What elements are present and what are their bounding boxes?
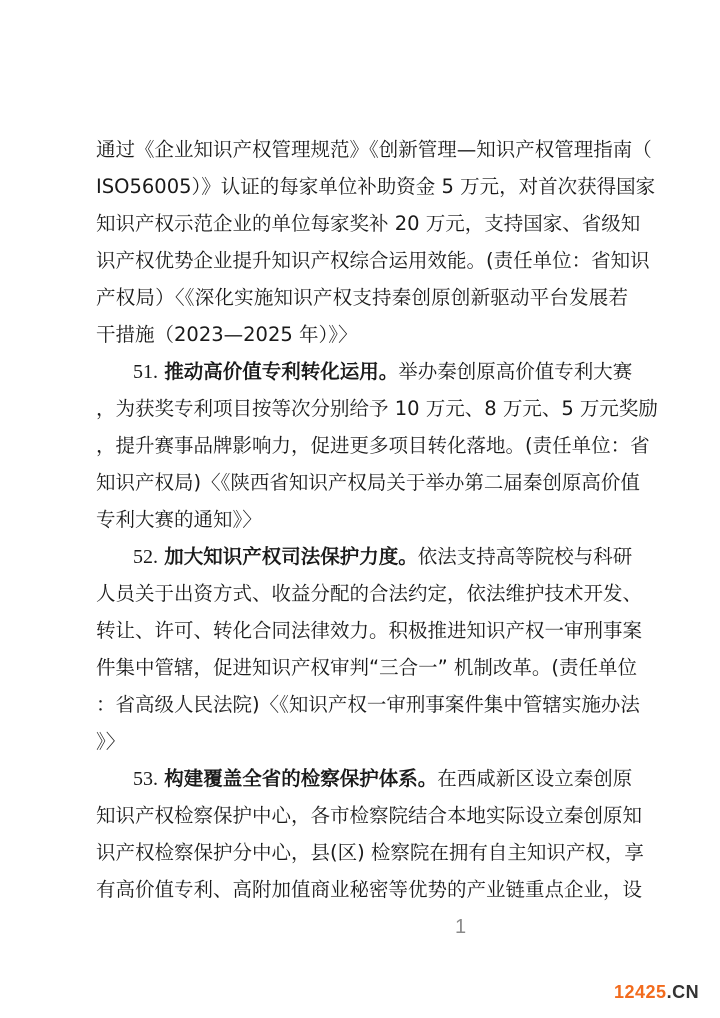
item-number: 53. xyxy=(133,768,158,790)
paragraph-item-52: 52. 加大知识产权司法保护力度。依法支持高等院校与科研 人员关于出资方式、收益… xyxy=(96,538,628,760)
item-number: 52. xyxy=(133,546,158,568)
paragraph-first-line: 52. 加大知识产权司法保护力度。依法支持高等院校与科研 xyxy=(96,538,628,575)
text-line: ：省高级人民法院)〈《知识产权一审刑事案件集中管辖实施办法 xyxy=(96,686,628,723)
text-line: 干措施（2023—2025 年）》〉 xyxy=(96,316,628,353)
text-line: 通过《企业知识产权管理规范》《创新管理—知识产权管理指南（ xyxy=(96,131,628,168)
item-heading: 构建覆盖全省的检察保护体系。 xyxy=(164,767,437,790)
site-watermark-logo: 12425.CN xyxy=(614,982,699,1003)
paragraph-item-53: 53. 构建覆盖全省的检察保护体系。在西咸新区设立秦创原 知识产权检察保护中心，… xyxy=(96,760,628,908)
page-number: 1 xyxy=(455,916,466,939)
text-line: 转让、许可、转化合同法律效力。积极推进知识产权一审刑事案 xyxy=(96,612,628,649)
watermark-digits: 12425 xyxy=(614,982,667,1002)
text-line: ，为获奖专利项目按等次分别给予 10 万元、8 万元、5 万元奖励 xyxy=(96,390,628,427)
document-page: 通过《企业知识产权管理规范》《创新管理—知识产权管理指南（ ISO56005）》… xyxy=(96,131,628,908)
text-line: 产权局）〈《深化实施知识产权支持秦创原创新驱动平台发展若 xyxy=(96,279,628,316)
text-line: 》〉 xyxy=(96,723,628,760)
paragraph-intro-continuation: 通过《企业知识产权管理规范》《创新管理—知识产权管理指南（ ISO56005）》… xyxy=(96,131,628,353)
item-text: 在西咸新区设立秦创原 xyxy=(437,767,632,790)
text-line: 知识产权示范企业的单位每家奖补 20 万元，支持国家、省级知 xyxy=(96,205,628,242)
item-heading: 加大知识产权司法保护力度。 xyxy=(164,545,418,568)
item-number: 51. xyxy=(133,361,158,383)
text-line: 有高价值专利、高附加值商业秘密等优势的产业链重点企业，设 xyxy=(96,871,628,908)
watermark-tld: .CN xyxy=(667,982,700,1002)
text-line: 人员关于出资方式、收益分配的合法约定，依法维护技术开发、 xyxy=(96,575,628,612)
text-line: 知识产权检察保护中心，各市检察院结合本地实际设立秦创原知 xyxy=(96,797,628,834)
text-line: ISO56005）》认证的每家单位补助资金 5 万元，对首次获得国家 xyxy=(96,168,628,205)
text-line: 识产权检察保护分中心，县(区) 检察院在拥有自主知识产权，享 xyxy=(96,834,628,871)
item-heading: 推动高价值专利转化运用。 xyxy=(164,360,398,383)
text-line: ，提升赛事品牌影响力，促进更多项目转化落地。(责任单位：省 xyxy=(96,427,628,464)
paragraph-first-line: 51. 推动高价值专利转化运用。举办秦创原高价值专利大赛 xyxy=(96,353,628,390)
text-line: 专利大赛的通知》〉 xyxy=(96,501,628,538)
paragraph-first-line: 53. 构建覆盖全省的检察保护体系。在西咸新区设立秦创原 xyxy=(96,760,628,797)
item-text: 举办秦创原高价值专利大赛 xyxy=(398,360,632,383)
item-text: 依法支持高等院校与科研 xyxy=(418,545,633,568)
text-line: 知识产权局)〈《陕西省知识产权局关于举办第二届秦创原高价值 xyxy=(96,464,628,501)
text-line: 件集中管辖，促进知识产权审判“三合一” 机制改革。(责任单位 xyxy=(96,649,628,686)
paragraph-item-51: 51. 推动高价值专利转化运用。举办秦创原高价值专利大赛 ，为获奖专利项目按等次… xyxy=(96,353,628,538)
text-line: 识产权优势企业提升知识产权综合运用效能。(责任单位：省知识 xyxy=(96,242,628,279)
